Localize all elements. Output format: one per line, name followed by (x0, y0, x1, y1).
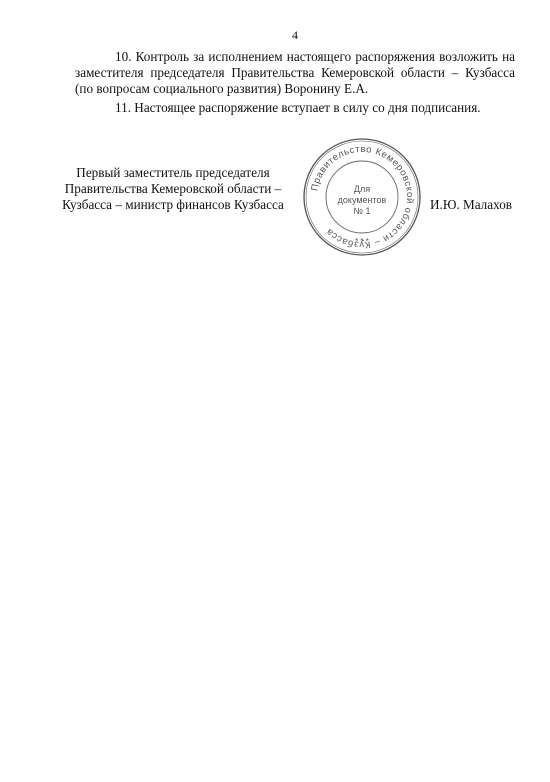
signatory-position: Первый заместитель председателя Правител… (62, 165, 284, 213)
stamp-seal-icon: Правительство Кемеровской области – Кузб… (301, 136, 423, 258)
stamp-center-line-2: документов (338, 195, 387, 205)
signatory-name: И.Ю. Малахов (430, 197, 512, 213)
stamp-bottom-mark: * * * (355, 237, 369, 246)
stamp-center-line-3: № 1 (353, 206, 370, 216)
position-line-3: Кузбасса – министр финансов Кузбасса (62, 197, 284, 213)
official-stamp: Правительство Кемеровской области – Кузб… (301, 136, 423, 258)
position-line-2: Правительства Кемеровской области – (62, 181, 284, 197)
stamp-center-line-1: Для (354, 184, 370, 194)
position-line-1: Первый заместитель председателя (62, 165, 284, 181)
paragraph-10: 10. Контроль за исполнением настоящего р… (75, 49, 515, 97)
paragraph-11: 11. Настоящее распоряжение вступает в си… (75, 100, 515, 116)
paragraph-10-text: 10. Контроль за исполнением настоящего р… (75, 49, 515, 97)
page-number: 4 (0, 28, 550, 43)
